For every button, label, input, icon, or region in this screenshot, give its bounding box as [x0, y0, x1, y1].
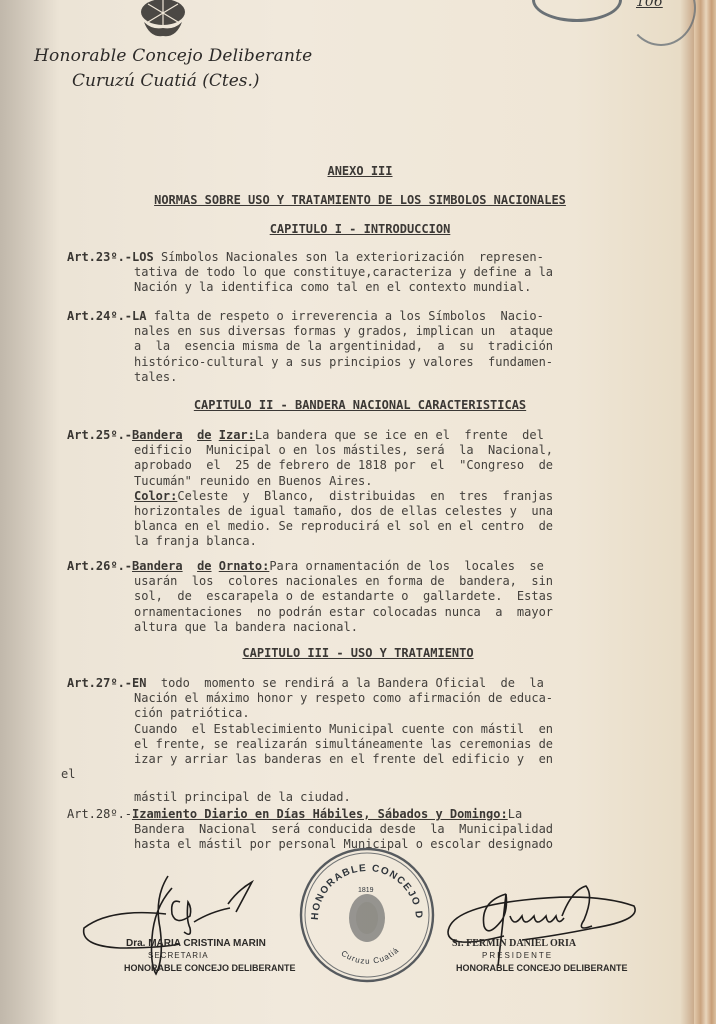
chapter-2-heading: CAPITULO II - BANDERA NACIONAL CARACTERI… — [2, 398, 716, 412]
svg-text:1819: 1819 — [358, 887, 374, 894]
article-27: Art.27º.-EN todo momento se rendirá a la… — [67, 676, 647, 806]
council-seal-stamp: HONORABLE CONCEJO DELIBERANTE Curuzu Cua… — [298, 846, 436, 984]
article-26: Art.26º.-Bandera de Ornato:Para ornament… — [67, 559, 647, 635]
coat-of-arms-icon — [130, 0, 196, 40]
book-binding-edge — [694, 0, 716, 1024]
document-title: NORMAS SOBRE USO Y TRATAMIENTO DE LOS SI… — [2, 193, 716, 207]
letterhead-council-name: Honorable Concejo Deliberante — [34, 46, 312, 66]
signature-secretary — [80, 868, 260, 978]
president-org: HONORABLE CONCEJO DELIBERANTE — [456, 963, 628, 973]
annex-title: ANEXO III — [2, 164, 716, 178]
folio-number: 106 — [636, 0, 663, 10]
president-name: Sr. FERMIN DANIEL ORIA — [452, 938, 576, 949]
article-25: Art.25º.-Bandera de Izar:La bandera que … — [67, 428, 647, 550]
top-stamp-mark — [532, 0, 622, 22]
chapter-3-heading: CAPITULO III - USO Y TRATAMIENTO — [0, 646, 716, 660]
secretary-name: Dra. MARIA CRISTINA MARIN — [126, 938, 266, 949]
article-23: Art.23º.-LOS Símbolos Nacionales son la … — [67, 250, 647, 296]
article-24: Art.24º.-LA falta de respeto o irreveren… — [67, 309, 647, 385]
chapter-1-heading: CAPITULO I - INTRODUCCION — [2, 222, 716, 236]
page-shadow — [0, 0, 60, 1024]
secretary-role: SECRETARIA — [148, 951, 209, 960]
letterhead-city: Curuzú Cuatiá (Ctes.) — [72, 71, 260, 91]
secretary-org: HONORABLE CONCEJO DELIBERANTE — [124, 963, 296, 973]
president-role: PRESIDENTE — [482, 951, 553, 960]
svg-text:Curuzu Cuatiá: Curuzu Cuatiá — [340, 945, 401, 965]
